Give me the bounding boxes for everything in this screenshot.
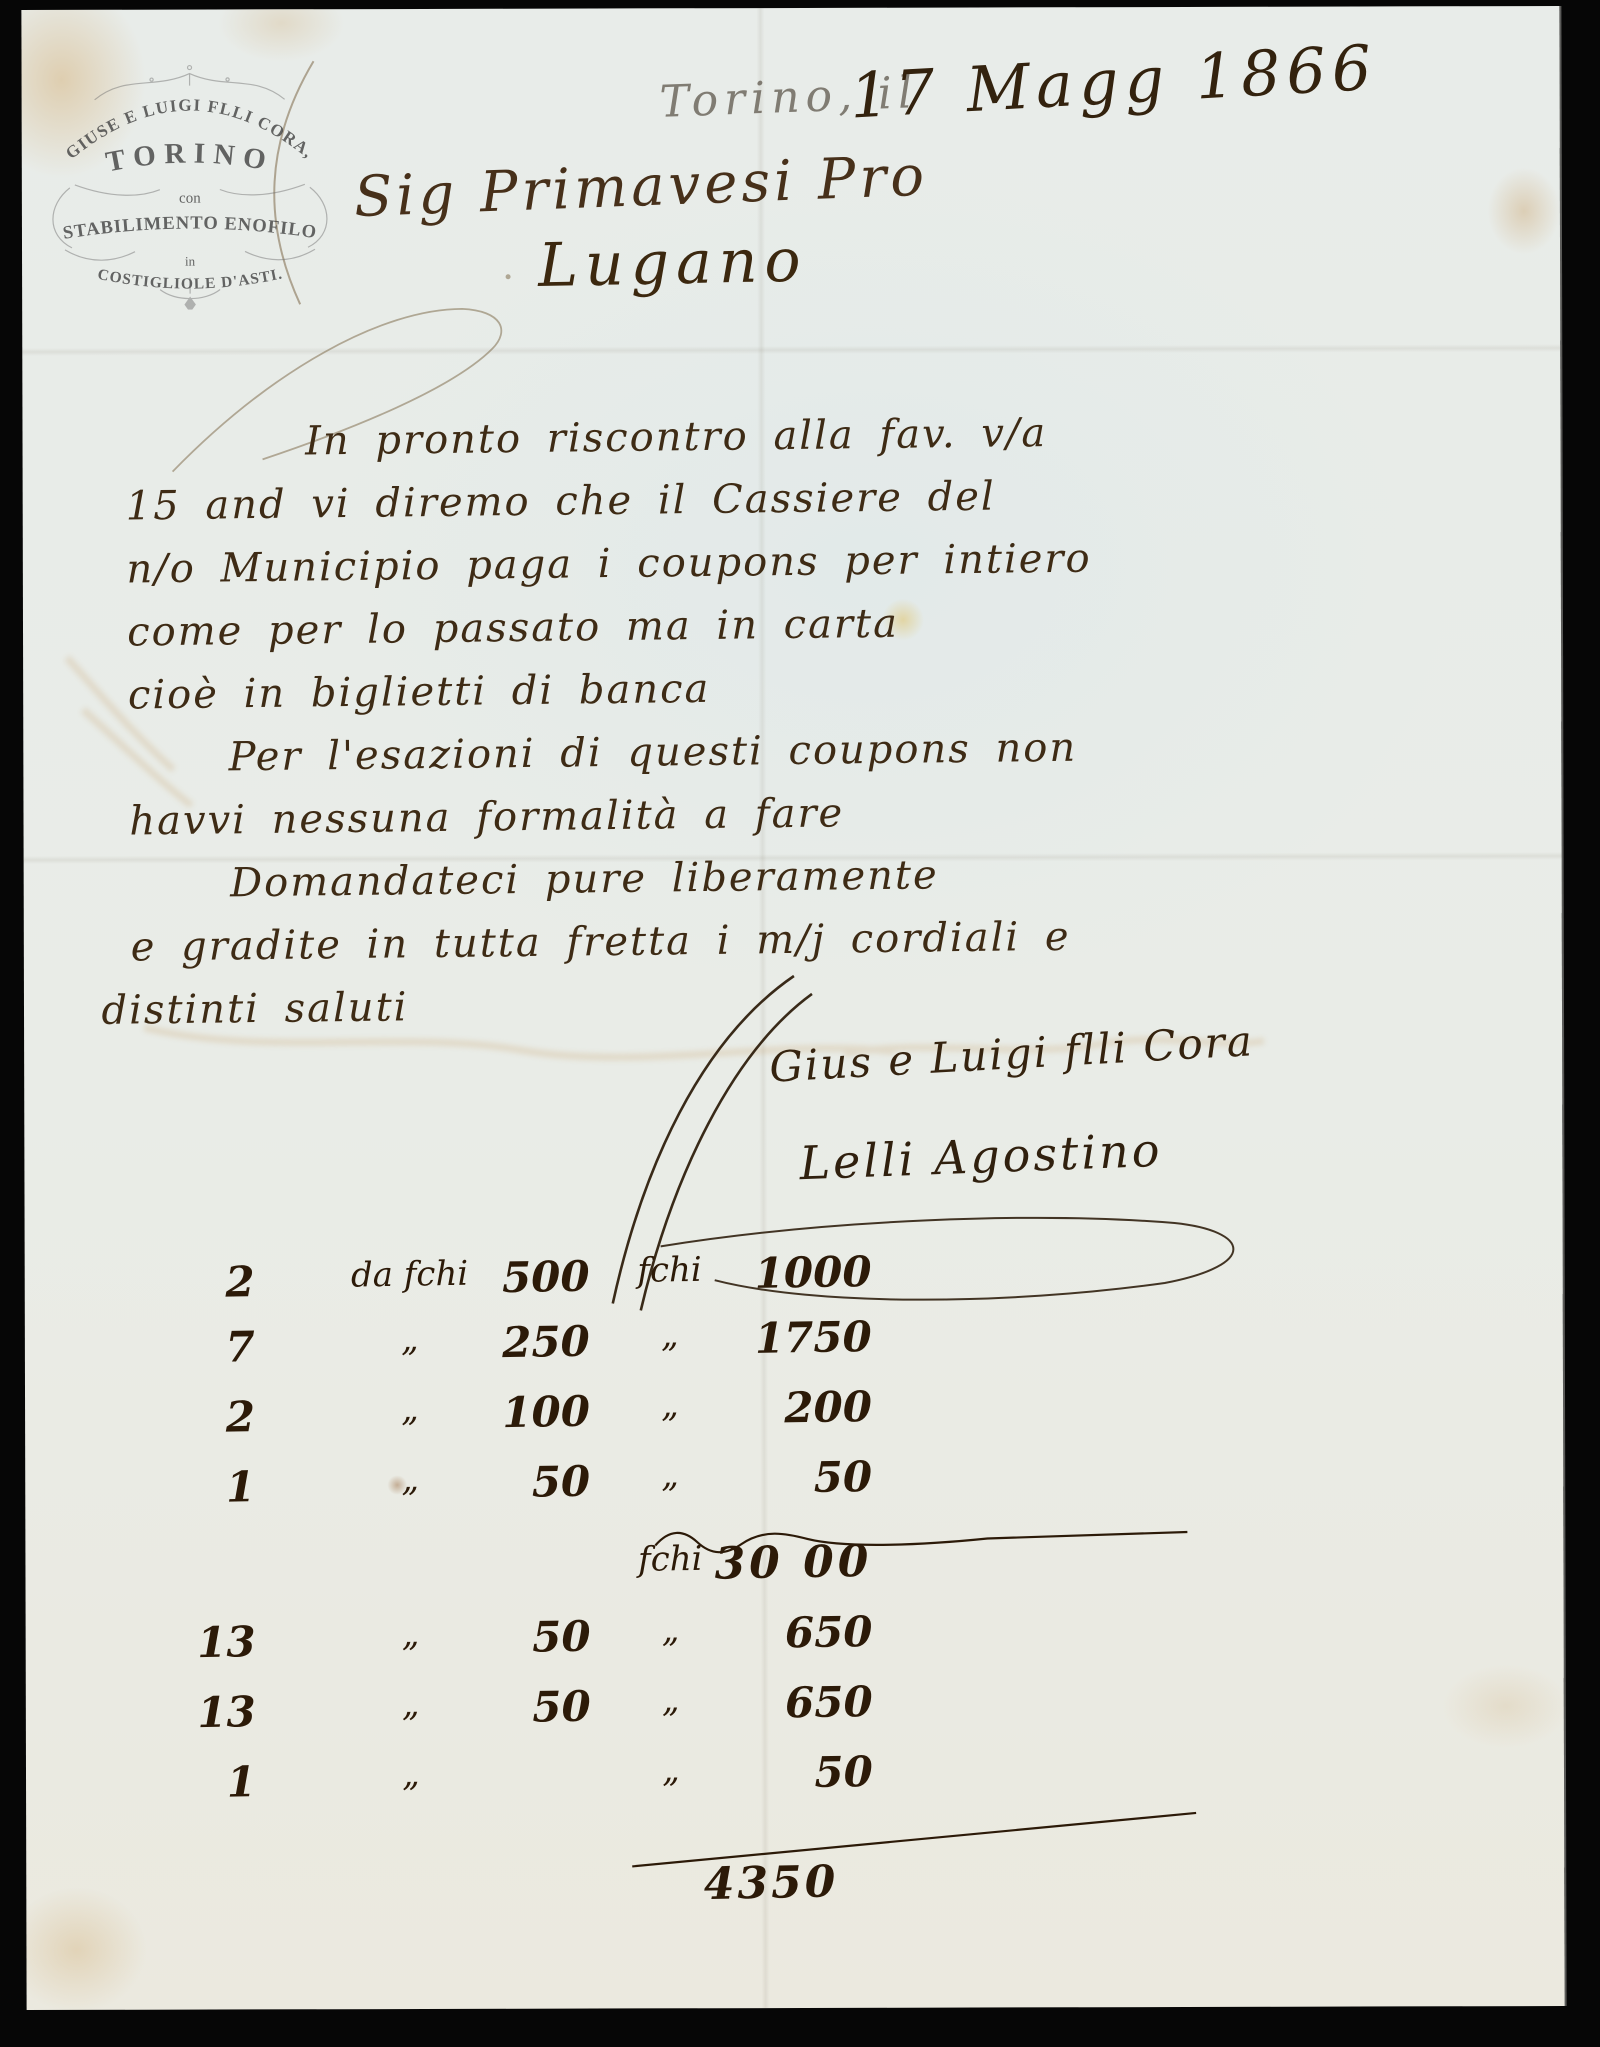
letterhead-stamp: GIUSE E LUIGI FLLI CORA, TORINO con STAB… [39, 39, 340, 310]
svg-text:STABILIMENTO ENOFILO: STABILIMENTO ENOFILO [62, 213, 319, 244]
table-row: 13 „ 50 „ 650 [25, 1676, 926, 1745]
unit-value-cell: 100 [445, 1387, 591, 1438]
unit-value-cell: 50 [445, 1457, 591, 1508]
unit-value-cell: 250 [444, 1317, 590, 1368]
letterhead-city: TORINO [103, 137, 276, 178]
amount-cell: 200 [700, 1382, 873, 1434]
qty-cell: 13 [155, 1617, 256, 1668]
amount-cell: 1750 [699, 1312, 872, 1364]
qty-cell: 2 [154, 1257, 255, 1308]
body-line: Per l'esazioni di questi coupons non [128, 715, 1219, 790]
recipient-city: Lugano [537, 226, 808, 301]
amount-cell: 650 [700, 1677, 873, 1729]
subtotal-amount: 30 00 [700, 1536, 873, 1590]
amount-cell: 50 [700, 1452, 873, 1504]
letterhead-location: COSTIGLIOLE D'ASTI. [96, 265, 284, 292]
unit-value-cell: 50 [445, 1612, 591, 1663]
amount-cell: 1000 [699, 1247, 872, 1299]
horizontal-fold-crease [22, 344, 1560, 356]
qty-cell: 1 [156, 1757, 257, 1808]
letterhead-establishment: STABILIMENTO ENOFILO [62, 213, 319, 244]
qty-cell: 7 [154, 1322, 255, 1373]
total-amount: 4350 [666, 1856, 839, 1910]
svg-text:COSTIGLIOLE D'ASTI.: COSTIGLIOLE D'ASTI. [96, 265, 284, 292]
unit-value-cell: 50 [445, 1682, 591, 1733]
amount-cell: 650 [700, 1607, 873, 1659]
body-line: n/o Municipio paga i coupons per intiero [126, 526, 1217, 601]
handwritten-date: 17 Magg 1866 [848, 31, 1379, 133]
recipient-name: Sig Primavesi Pro [353, 144, 929, 230]
table-row: 2 „ 100 „ 200 [25, 1381, 926, 1450]
qty-cell: 1 [155, 1462, 256, 1513]
letter-page: GIUSE E LUIGI FLLI CORA, TORINO con STAB… [21, 6, 1564, 2010]
signature-signer: Lelli Agostino [799, 1123, 1164, 1191]
amount-cell: 50 [700, 1747, 873, 1799]
scan-background: GIUSE E LUIGI FLLI CORA, TORINO con STAB… [0, 0, 1600, 2047]
table-row: 7 „ 250 „ 1750 [24, 1311, 925, 1380]
unit-value-cell: 500 [444, 1252, 590, 1303]
table-row: 1 „ 50 „ 50 [25, 1451, 926, 1520]
qty-cell: 13 [155, 1687, 256, 1738]
svg-text:TORINO: TORINO [103, 137, 276, 178]
table-row: 13 „ 50 „ 650 [25, 1606, 926, 1675]
unit-label-cell: „ [326, 1753, 497, 1796]
table-row: 2 da fchi 500 fchi 1000 [24, 1246, 925, 1315]
letter-body: In pronto riscontro alla fav. v/a 15 and… [125, 400, 1222, 1042]
table-row: 1 „ „ 50 [26, 1746, 927, 1815]
letterhead-in: in [185, 254, 196, 269]
body-line: e gradite in tutta fretta i m/j cordiali… [130, 904, 1221, 979]
subtotal-row: fchi 30 00 [25, 1535, 926, 1604]
letterhead-con: con [179, 191, 201, 207]
qty-cell: 2 [155, 1392, 256, 1443]
